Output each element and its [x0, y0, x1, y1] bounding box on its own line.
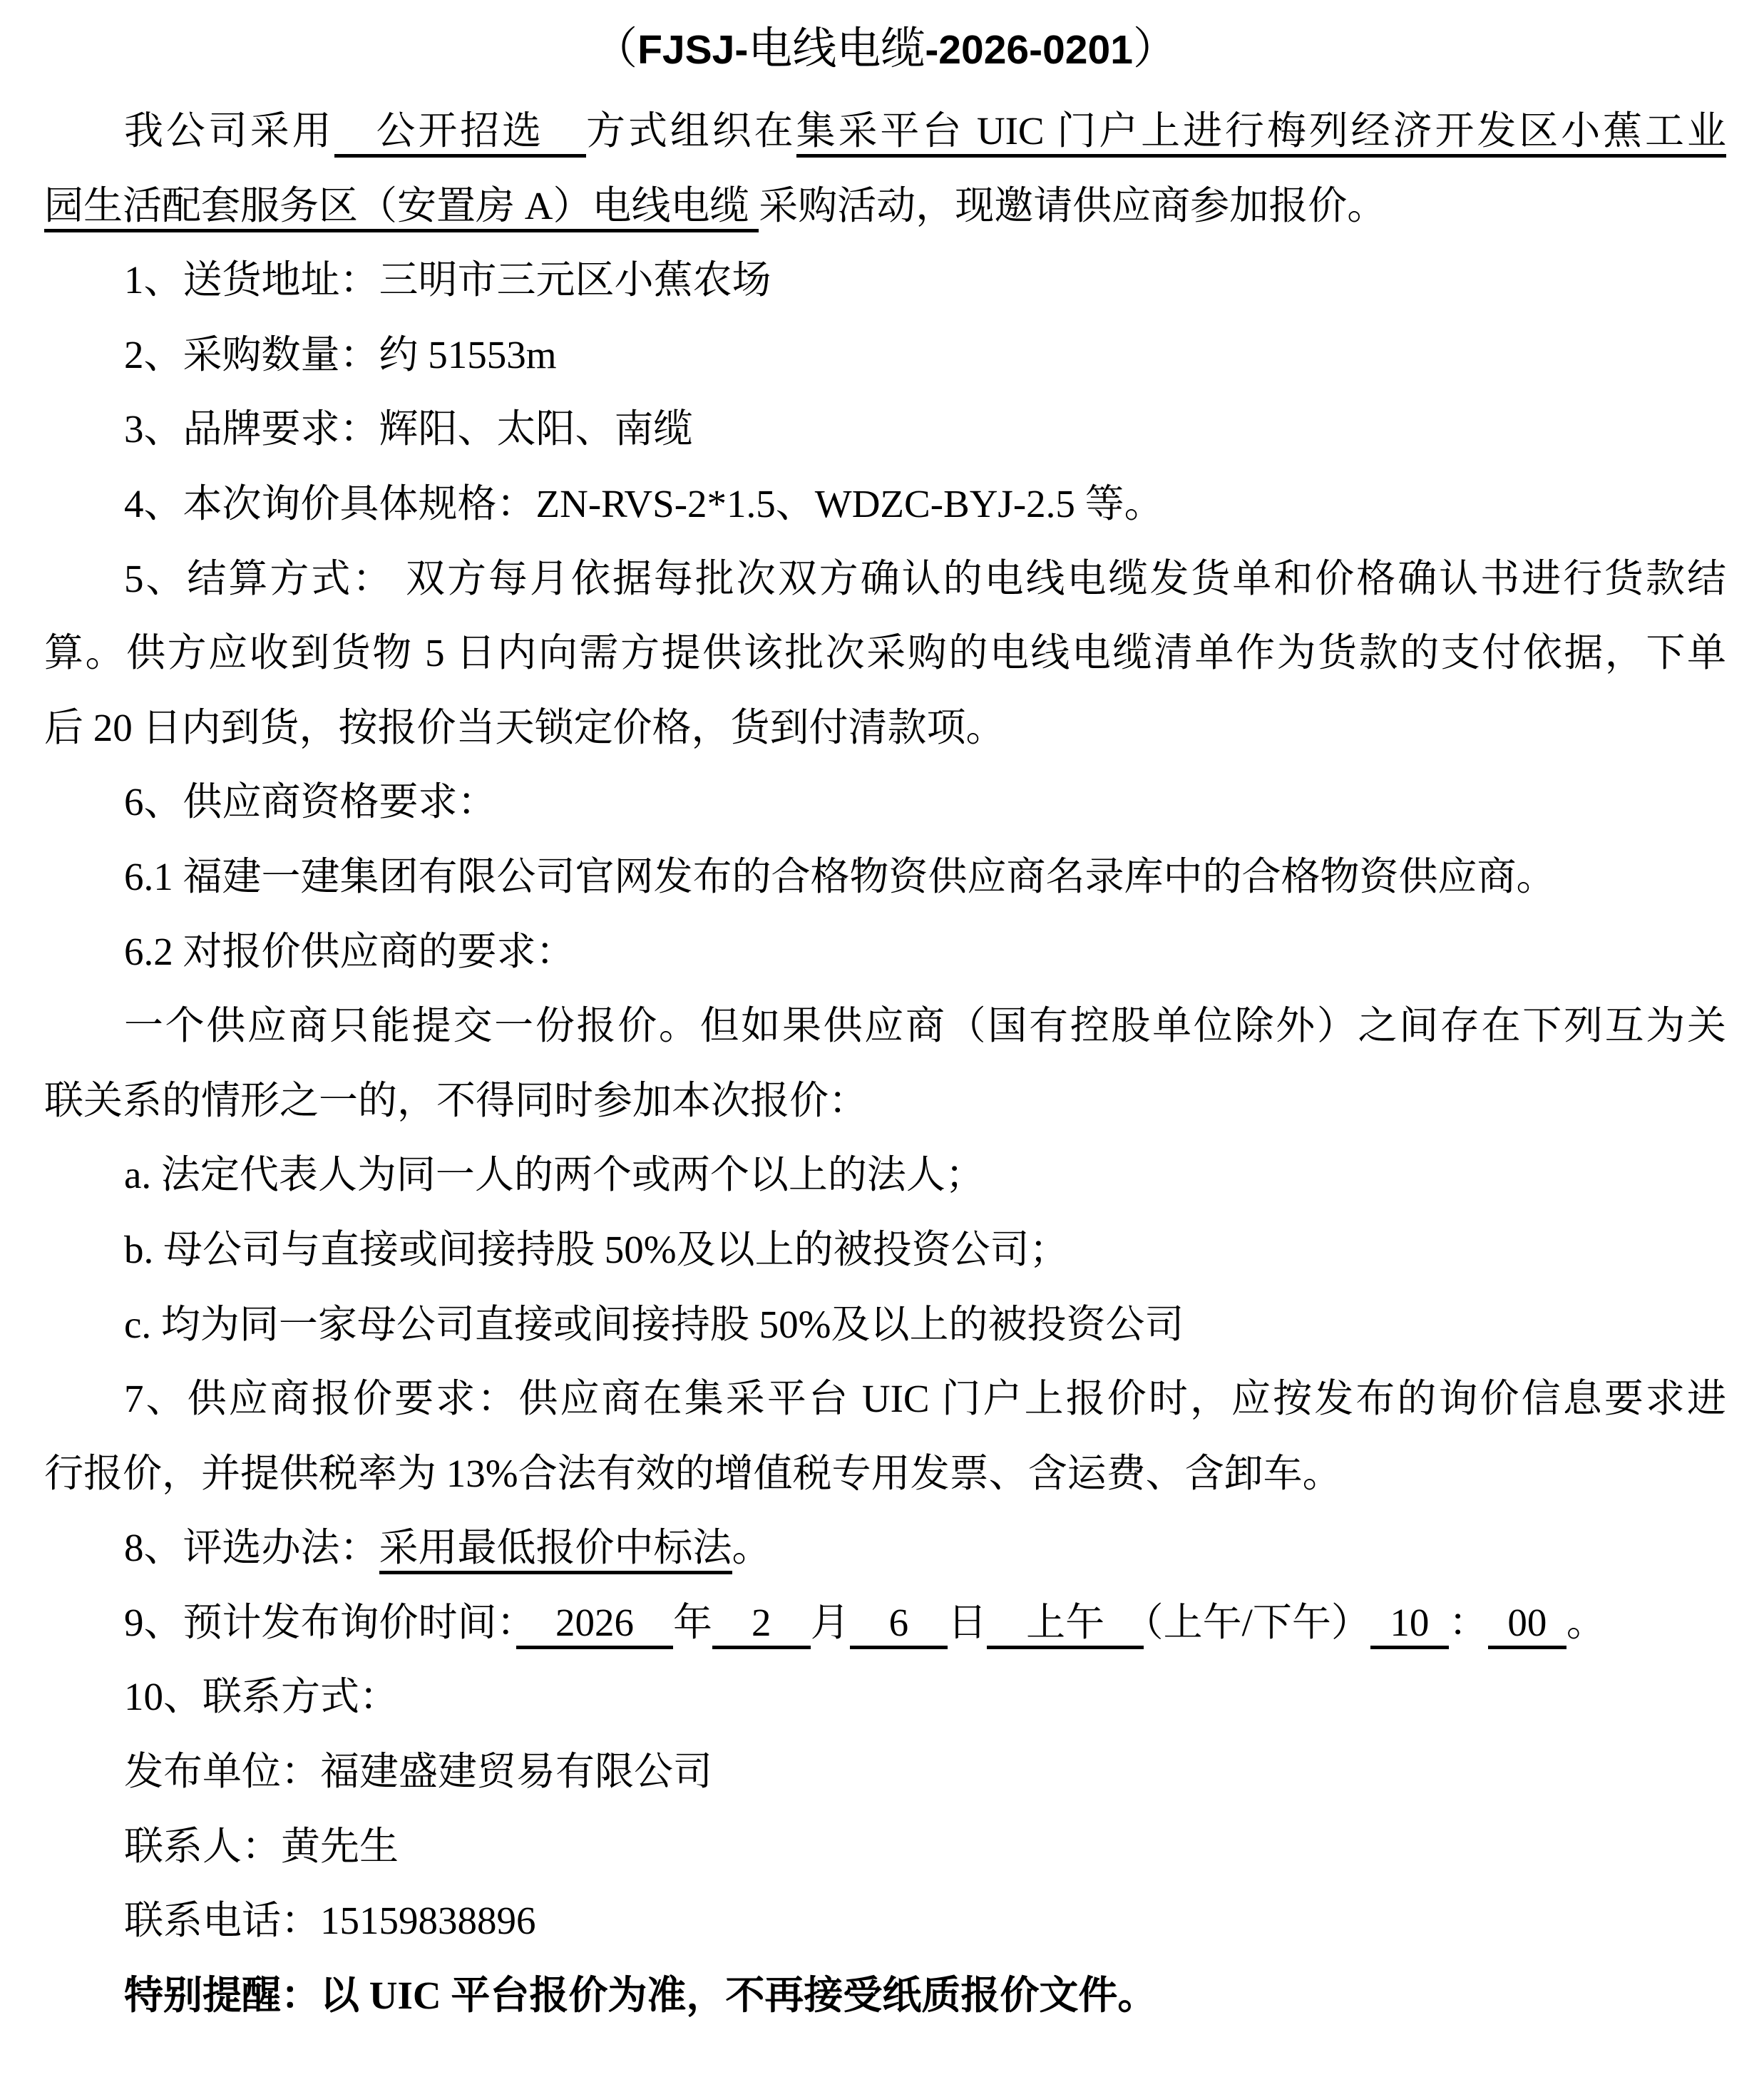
text-line-15: a. 法定代表人为同一人的两个或两个以上的法人；: [44, 1138, 1726, 1213]
text-segment: 我公司采用: [124, 109, 334, 153]
document-title: （FJSJ-电线电缆-2026-0201）: [44, 0, 1726, 94]
text-line-2: 园生活配套服务区（安置房 A）电线电缆 采购活动，现邀请供应商参加报价。: [44, 169, 1726, 244]
text-segment: b. 母公司与直接或间接持股 50%及以上的被投资公司；: [124, 1228, 1069, 1271]
underlined-text-segment: 2: [712, 1601, 811, 1649]
text-line-19: 行报价，并提供税率为 13%合法有效的增值税专用发票、含运费、含卸车。: [44, 1437, 1726, 1512]
underlined-text-segment: 6: [850, 1601, 948, 1649]
text-line-14: 联关系的情形之一的，不得同时参加本次报价：: [44, 1064, 1726, 1139]
text-segment: 5、结算方式： 双方每月依据每批次双方确认的电线电缆发货单和价格确认书进行货款结: [124, 557, 1726, 600]
text-line-4: 2、采购数量：约 51553m: [44, 318, 1726, 393]
title-text-segment: ）: [1133, 25, 1177, 73]
text-segment: 行报价，并提供税率为 13%合法有效的增值税专用发票、含运费、含卸车。: [44, 1452, 1342, 1495]
underlined-text-segment: 采用最低报价中标法: [379, 1526, 732, 1574]
text-line-7: 5、结算方式： 双方每月依据每批次双方确认的电线电缆发货单和价格确认书进行货款结: [44, 542, 1726, 617]
text-line-1: 我公司采用 公开招选 方式组织在集采平台 UIC 门户上进行梅列经济开发区小蕉工…: [44, 94, 1726, 169]
text-line-17: c. 均为同一家母公司直接或间接持股 50%及以上的被投资公司: [44, 1288, 1726, 1363]
text-line-22: 10、联系方式：: [44, 1660, 1726, 1735]
text-segment: 发布单位：福建盛建贸易有限公司: [124, 1750, 712, 1793]
text-segment: 特别提醒：以 UIC 平台报价为准，不再接受纸质报价文件。: [124, 1974, 1157, 2017]
text-segment: 一个供应商只能提交一份报价。但如果供应商（国有控股单位除外）之间存在下列互为关: [124, 1004, 1726, 1047]
underlined-text-segment: 集采平台 UIC 门户上进行梅列经济开发区小蕉工业: [796, 109, 1726, 158]
text-segment: 10、联系方式：: [124, 1675, 399, 1718]
text-line-25: 联系电话：15159838896: [44, 1884, 1726, 1959]
text-line-8: 算。供方应收到货物 5 日内向需方提供该批次采购的电线电缆清单作为货款的支付依据…: [44, 616, 1726, 691]
text-segment: （上午/下午）: [1144, 1601, 1370, 1644]
text-line-24: 联系人：黄先生: [44, 1810, 1726, 1884]
text-line-21: 9、预计发布询价时间： 2026 年 2 月 6 日 上午 （上午/下午） 10…: [44, 1586, 1726, 1661]
text-segment: 日: [948, 1601, 987, 1644]
text-segment: 。: [732, 1526, 771, 1569]
text-segment: 算。供方应收到货物 5 日内向需方提供该批次采购的电线电缆清单作为货款的支付依据…: [44, 631, 1726, 675]
text-segment: 1、送货地址：三明市三元区小蕉农场: [124, 258, 771, 302]
title-text-segment: （: [593, 25, 637, 73]
text-segment: 6、供应商资格要求：: [124, 780, 497, 824]
underlined-text-segment: 园生活配套服务区（安置房 A）电线电缆: [44, 184, 759, 232]
text-line-5: 3、品牌要求：辉阳、太阳、南缆: [44, 392, 1726, 467]
title-text-segment: 电线电缆: [748, 25, 925, 73]
text-line-10: 6、供应商资格要求：: [44, 765, 1726, 840]
text-line-11: 6.1 福建一建集团有限公司官网发布的合格物资供应商名录库中的合格物资供应商。: [44, 840, 1726, 915]
underlined-text-segment: 00: [1488, 1601, 1566, 1649]
text-segment: ：: [1449, 1601, 1488, 1644]
underlined-text-segment: 10: [1370, 1601, 1449, 1649]
text-line-13: 一个供应商只能提交一份报价。但如果供应商（国有控股单位除外）之间存在下列互为关: [44, 989, 1726, 1064]
text-segment: 8、评选办法：: [124, 1526, 379, 1569]
text-segment: 。: [1566, 1601, 1606, 1644]
text-line-23: 发布单位：福建盛建贸易有限公司: [44, 1735, 1726, 1810]
text-line-16: b. 母公司与直接或间接持股 50%及以上的被投资公司；: [44, 1213, 1726, 1288]
text-segment: 采购活动，现邀请供应商参加报价。: [759, 184, 1386, 227]
text-line-26: 特别提醒：以 UIC 平台报价为准，不再接受纸质报价文件。: [44, 1959, 1726, 2034]
document-body: 我公司采用 公开招选 方式组织在集采平台 UIC 门户上进行梅列经济开发区小蕉工…: [44, 94, 1726, 2033]
underlined-text-segment: 上午: [987, 1601, 1144, 1649]
text-segment: 方式组织在: [586, 109, 796, 153]
underlined-text-segment: 公开招选: [334, 109, 586, 158]
text-segment: c. 均为同一家母公司直接或间接持股 50%及以上的被投资公司: [124, 1303, 1184, 1346]
text-line-3: 1、送货地址：三明市三元区小蕉农场: [44, 243, 1726, 318]
text-segment: 月: [811, 1601, 850, 1644]
text-segment: 9、预计发布询价时间：: [124, 1601, 516, 1644]
document-page: （FJSJ-电线电缆-2026-0201） 我公司采用 公开招选 方式组织在集采…: [0, 0, 1764, 2077]
text-line-6: 4、本次询价具体规格：ZN-RVS-2*1.5、WDZC-BYJ-2.5 等。: [44, 467, 1726, 542]
text-segment: a. 法定代表人为同一人的两个或两个以上的法人；: [124, 1153, 985, 1196]
title-doc-number-segment: FJSJ-: [637, 27, 748, 73]
text-segment: 后 20 日内到货，按报价当天锁定价格，货到付清款项。: [44, 706, 1005, 749]
text-line-18: 7、供应商报价要求：供应商在集采平台 UIC 门户上报价时，应按发布的询价信息要…: [44, 1362, 1726, 1437]
text-segment: 6.2 对报价供应商的要求：: [124, 930, 575, 973]
text-segment: 联关系的情形之一的，不得同时参加本次报价：: [44, 1079, 868, 1122]
text-segment: 3、品牌要求：辉阳、太阳、南缆: [124, 407, 693, 451]
text-segment: 4、本次询价具体规格：ZN-RVS-2*1.5、WDZC-BYJ-2.5 等。: [124, 482, 1164, 525]
text-segment: 7、供应商报价要求：供应商在集采平台 UIC 门户上报价时，应按发布的询价信息要…: [124, 1377, 1726, 1420]
text-segment: 6.1 福建一建集团有限公司官网发布的合格物资供应商名录库中的合格物资供应商。: [124, 855, 1556, 898]
title-doc-number-segment: -2026-0201: [925, 27, 1133, 73]
text-segment: 联系人：黄先生: [124, 1825, 399, 1868]
text-line-12: 6.2 对报价供应商的要求：: [44, 915, 1726, 990]
text-line-9: 后 20 日内到货，按报价当天锁定价格，货到付清款项。: [44, 691, 1726, 766]
underlined-text-segment: 2026: [516, 1601, 673, 1649]
text-line-20: 8、评选办法：采用最低报价中标法。: [44, 1511, 1726, 1586]
text-segment: 联系电话：15159838896: [124, 1899, 536, 1942]
text-segment: 2、采购数量：约 51553m: [124, 333, 557, 376]
text-segment: 年: [673, 1601, 712, 1644]
